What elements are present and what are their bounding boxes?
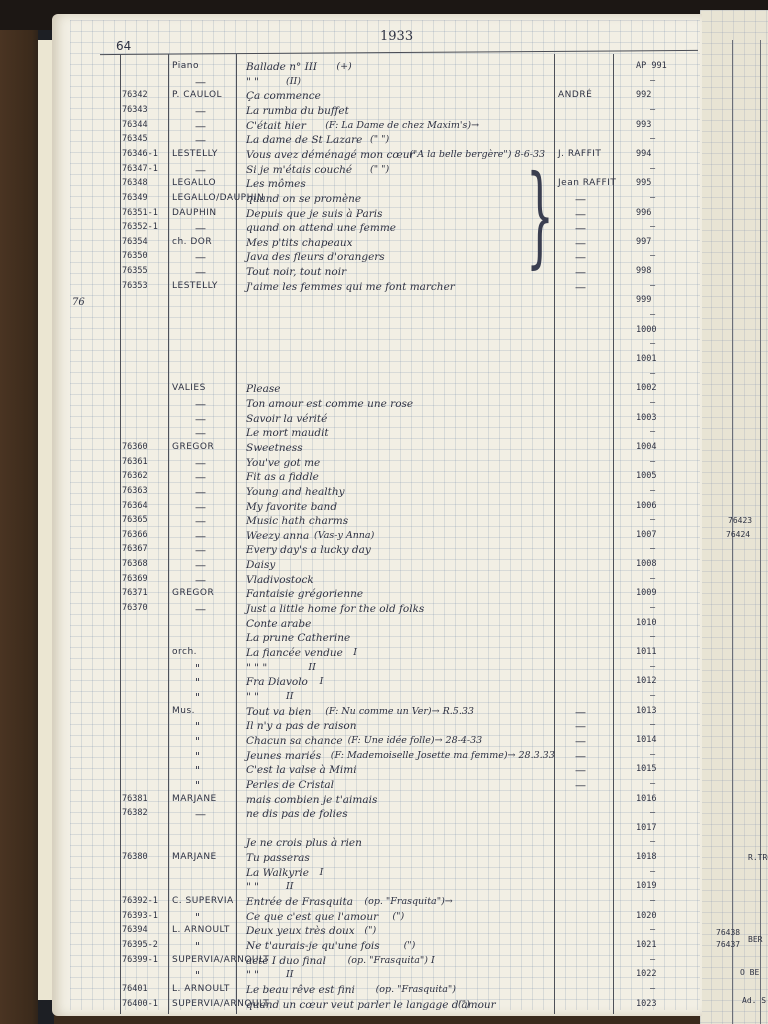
facing-page-entry: 76424 — [726, 530, 750, 539]
artist-name: " — [195, 751, 200, 762]
artist-name: LEGALLO — [172, 179, 216, 188]
annotation: (op. "Frasquita")→ — [364, 897, 452, 907]
song-title: Jeunes mariés — [246, 751, 321, 762]
song-title: You've got me — [246, 458, 320, 469]
song-title: Just a little home for the old folks — [246, 604, 424, 615]
song-title: Vladivostock — [246, 575, 314, 586]
catalogue-reference: – — [650, 604, 655, 613]
song-title: Fra Diavolo — [246, 677, 308, 688]
song-title: Tu passeras — [246, 853, 310, 864]
song-title: " " — [246, 77, 259, 88]
catalogue-reference: 1021 — [636, 941, 656, 950]
catalogue-reference: – — [650, 165, 655, 174]
artist-name: GREGOR — [172, 443, 214, 452]
artist-name: " — [195, 941, 200, 952]
artist-name: " — [195, 765, 200, 776]
catalogue-reference: – — [650, 399, 655, 408]
catalogue-reference: 998 — [636, 267, 651, 276]
catalogue-reference: – — [650, 663, 655, 672]
artist-name: — — [195, 560, 206, 571]
conductor-name: — — [575, 194, 586, 205]
conductor-name: — — [575, 721, 586, 732]
matrix-number: 76401 — [122, 985, 148, 994]
artist-name: — — [195, 77, 206, 88]
matrix-number: 76355 — [122, 267, 148, 276]
conductor-name: — — [575, 282, 586, 293]
matrix-number: 76365 — [122, 516, 148, 525]
artist-name: — — [195, 121, 206, 132]
artist-name: GREGOR — [172, 589, 214, 598]
catalogue-reference: 994 — [636, 150, 651, 159]
song-title: " " — [246, 882, 259, 893]
catalogue-reference: 1008 — [636, 560, 656, 569]
artist-name: VALIES — [172, 384, 206, 393]
artist-name: L. ARNOULT — [172, 926, 230, 935]
song-title: Entrée de Frasquita — [246, 897, 353, 908]
catalogue-reference: 1014 — [636, 736, 656, 745]
annotation: (Vas-y Anna) — [314, 531, 374, 541]
catalogue-reference: – — [650, 751, 655, 760]
catalogue-reference: 1013 — [636, 707, 656, 716]
annotation: (op. "Frasquita") I — [348, 956, 435, 966]
artist-name: — — [195, 252, 206, 263]
song-title: " " — [246, 970, 259, 981]
matrix-number: 76364 — [122, 502, 148, 511]
annotation: (" ") — [370, 165, 389, 175]
artist-name: MARJANE — [172, 853, 217, 862]
catalogue-reference: – — [650, 575, 655, 584]
song-title: Depuis que je suis à Paris — [246, 209, 383, 220]
annotation: (") — [404, 941, 416, 951]
song-title: quand on attend une femme — [246, 223, 396, 234]
catalogue-reference: 1011 — [636, 648, 656, 657]
matrix-number: 76363 — [122, 487, 148, 496]
matrix-number: 76392-1 — [122, 897, 158, 906]
catalogue-reference: – — [650, 956, 655, 965]
year-heading: 1933 — [380, 30, 413, 43]
annotation: (F: La Dame de chez Maxim's)→ — [325, 121, 479, 131]
artist-name: LESTELLY — [172, 282, 218, 291]
artist-name: — — [195, 223, 206, 234]
catalogue-reference: – — [650, 721, 655, 730]
song-title: ne dis pas de folies — [246, 809, 348, 820]
catalogue-reference: 1001 — [636, 355, 656, 364]
artist-name: Piano — [172, 62, 199, 71]
song-title: Il n'y a pas de raison — [246, 721, 356, 732]
catalogue-reference: 1000 — [636, 326, 656, 335]
catalogue-reference: 1010 — [636, 619, 656, 628]
conductor-name: — — [575, 252, 586, 263]
song-title: Weezy anna — [246, 531, 309, 542]
catalogue-reference: – — [650, 516, 655, 525]
song-title: Young and healthy — [246, 487, 345, 498]
song-title: Music hath charms — [246, 516, 348, 527]
catalogue-reference: – — [650, 780, 655, 789]
catalogue-reference: – — [650, 985, 655, 994]
catalogue-reference: – — [650, 77, 655, 86]
song-title: C'est la valse à Mimi — [246, 765, 357, 776]
catalogue-reference: – — [650, 282, 655, 291]
catalogue-reference: – — [650, 340, 655, 349]
column-rule-artist — [168, 54, 169, 1014]
matrix-number: 76346-1 — [122, 150, 158, 159]
artist-name: — — [195, 472, 206, 483]
conductor-name: ANDRÉ — [558, 91, 592, 100]
catalogue-reference: – — [650, 458, 655, 467]
annotation: (F: Nu comme un Ver)→ R.5.33 — [325, 707, 474, 717]
artist-name: — — [195, 502, 206, 513]
conductor-name: — — [575, 736, 586, 747]
song-title: " " — [246, 692, 259, 703]
catalogue-reference: 1015 — [636, 765, 656, 774]
artist-name: — — [195, 135, 206, 146]
song-title: Fantaisie grégorienne — [246, 589, 363, 600]
annotation: (op. "Frasquita") — [376, 985, 456, 995]
matrix-number: 76366 — [122, 531, 148, 540]
catalogue-reference: – — [650, 106, 655, 115]
artist-name: orch. — [172, 648, 197, 657]
page-number: 64 — [116, 40, 131, 52]
artist-name: — — [195, 545, 206, 556]
artist-name: " — [195, 912, 200, 923]
artist-name: — — [195, 604, 206, 615]
song-title: Si je m'étais couché — [246, 165, 352, 176]
annotation: (") — [392, 912, 404, 922]
annotation: I — [353, 648, 357, 658]
annotation: I — [320, 677, 324, 687]
artist-name: DAUPHIN — [172, 209, 217, 218]
annotation: (") — [364, 926, 376, 936]
song-title: quand on se promène — [246, 194, 361, 205]
matrix-number: 76371 — [122, 589, 148, 598]
song-title: Tout noir, tout noir — [246, 267, 346, 278]
song-title: C'était hier — [246, 121, 306, 132]
artist-name: — — [195, 516, 206, 527]
matrix-number: 76352-1 — [122, 223, 158, 232]
song-title: My favorite band — [246, 502, 337, 513]
song-title: Ça commence — [246, 91, 321, 102]
song-title: La dame de St Lazare — [246, 135, 362, 146]
matrix-number: 76361 — [122, 458, 148, 467]
song-title: Daisy — [246, 560, 275, 571]
song-title: Every day's a lucky day — [246, 545, 371, 556]
matrix-number: 76350 — [122, 252, 148, 261]
annotation: (F: Une idée folle)→ 28-4-33 — [348, 736, 483, 746]
matrix-number: 76351-1 — [122, 209, 158, 218]
artist-name: " — [195, 663, 200, 674]
song-title: Chacun sa chance — [246, 736, 343, 747]
matrix-number: 76353 — [122, 282, 148, 291]
catalogue-reference: – — [650, 252, 655, 261]
song-title: Ne t'aurais-je qu'une fois — [246, 941, 380, 952]
facing-page-entry: 76438 — [716, 928, 740, 937]
matrix-number: 76399-1 — [122, 956, 158, 965]
song-title: La Walkyrie — [246, 868, 309, 879]
catalogue-reference: – — [650, 311, 655, 320]
conductor-name: — — [575, 751, 586, 762]
artist-name: ch. DOR — [172, 238, 212, 247]
catalogue-reference: 1002 — [636, 384, 656, 393]
facing-page-entry: 76437 — [716, 940, 740, 949]
catalogue-reference: 1003 — [636, 414, 656, 423]
conductor-name: Jean RAFFIT — [558, 179, 616, 188]
matrix-number: 76400-1 — [122, 1000, 158, 1009]
annotation: ("A la belle bergère") 8-6-33 — [409, 150, 545, 160]
catalogue-reference: 1022 — [636, 970, 656, 979]
catalogue-reference: – — [650, 194, 655, 203]
catalogue-reference: – — [650, 135, 655, 144]
matrix-number: 76343 — [122, 106, 148, 115]
matrix-number: 76367 — [122, 545, 148, 554]
annotation: (") — [458, 1000, 470, 1010]
facing-page-entry: R.TRO — [748, 853, 768, 862]
margin-mark: 76 — [72, 298, 85, 308]
matrix-number: 76394 — [122, 926, 148, 935]
catalogue-reference: – — [650, 868, 655, 877]
song-title: acte I duo final — [246, 956, 326, 967]
song-title: Savoir la vérité — [246, 414, 327, 425]
catalogue-reference: – — [650, 545, 655, 554]
artist-name: LESTELLY — [172, 150, 218, 159]
catalogue-reference: 999 — [636, 296, 651, 305]
facing-page-entry: BER — [748, 935, 762, 944]
catalogue-reference: – — [650, 633, 655, 642]
song-title: Conte arabe — [246, 619, 311, 630]
conductor-name: — — [575, 780, 586, 791]
annotation: II — [286, 882, 294, 892]
matrix-number: 76370 — [122, 604, 148, 613]
artist-name: — — [195, 399, 206, 410]
matrix-number: 76381 — [122, 795, 148, 804]
column-rule-conductor — [554, 54, 555, 1014]
catalogue-reference: – — [650, 809, 655, 818]
catalogue-reference: 1016 — [636, 795, 656, 804]
matrix-number: 76360 — [122, 443, 148, 452]
song-title: Je ne crois plus à rien — [246, 838, 362, 849]
artist-name: — — [195, 165, 206, 176]
song-title: J'aime les femmes qui me font marcher — [246, 282, 455, 293]
song-title: Ton amour est comme une rose — [246, 399, 413, 410]
song-title: Deux yeux très doux — [246, 926, 355, 937]
matrix-number: 76349 — [122, 194, 148, 203]
catalogue-reference: – — [650, 428, 655, 437]
matrix-number: 76395-2 — [122, 941, 158, 950]
matrix-number: 76382 — [122, 809, 148, 818]
catalogue-reference: 1005 — [636, 472, 656, 481]
song-title: La prune Catherine — [246, 633, 350, 644]
conductor-name: — — [575, 223, 586, 234]
song-title: Ce que c'est que l'amour — [246, 912, 378, 923]
column-rule-matrix — [120, 54, 121, 1014]
annotation: II — [286, 970, 294, 980]
annotation: (F: Mademoiselle Josette ma femme)→ 28.3… — [331, 751, 555, 761]
matrix-number: 76393-1 — [122, 912, 158, 921]
facing-page-entry: Ad. S — [742, 996, 766, 1005]
conductor-name: — — [575, 267, 586, 278]
annotation: II — [286, 692, 294, 702]
artist-name: " — [195, 721, 200, 732]
artist-name: " — [195, 970, 200, 981]
song-title: Java des fleurs d'orangers — [246, 252, 385, 263]
facing-page-entry: 76423 — [728, 516, 752, 525]
artist-name: " — [195, 736, 200, 747]
matrix-number: 76348 — [122, 179, 148, 188]
catalogue-reference: 1012 — [636, 677, 656, 686]
song-title: Please — [246, 384, 281, 395]
conductor-name: — — [575, 209, 586, 220]
catalogue-reference: 997 — [636, 238, 651, 247]
annotation: II — [308, 663, 316, 673]
matrix-number: 76368 — [122, 560, 148, 569]
annotation: I — [320, 868, 324, 878]
song-title: Sweetness — [246, 443, 303, 454]
artist-name: — — [195, 267, 206, 278]
catalogue-reference: – — [650, 897, 655, 906]
song-title: " " " — [246, 663, 267, 674]
conductor-name: — — [575, 238, 586, 249]
matrix-number: 76344 — [122, 121, 148, 130]
artist-name: " — [195, 780, 200, 791]
song-title: Les mômes — [246, 179, 306, 190]
catalogue-reference: 993 — [636, 121, 651, 130]
artist-name: — — [195, 531, 206, 542]
song-title: Le beau rêve est fini — [246, 985, 355, 996]
artist-name: " — [195, 677, 200, 688]
conductor-name: J. RAFFIT — [558, 150, 601, 159]
song-title: Ballade n° III — [246, 62, 317, 73]
catalogue-reference: 1004 — [636, 443, 656, 452]
catalogue-reference: 1009 — [636, 589, 656, 598]
catalogue-reference: 1017 — [636, 824, 656, 833]
catalogue-reference: 995 — [636, 179, 651, 188]
catalogue-reference: 1006 — [636, 502, 656, 511]
catalogue-reference: 1019 — [636, 882, 656, 891]
catalogue-reference: AP 991 — [636, 62, 667, 71]
artist-name: L. ARNOULT — [172, 985, 230, 994]
catalogue-reference: 1018 — [636, 853, 656, 862]
catalogue-reference: – — [650, 370, 655, 379]
catalogue-reference: 1007 — [636, 531, 656, 540]
artist-name: — — [195, 575, 206, 586]
song-title: La rumba du buffet — [246, 106, 349, 117]
song-title: Tout va bien — [246, 707, 311, 718]
song-title: mais combien je t'aimais — [246, 795, 377, 806]
song-title: La fiancée vendue — [246, 648, 343, 659]
artist-name: — — [195, 487, 206, 498]
artist-name: MARJANE — [172, 795, 217, 804]
grouping-brace: } — [526, 160, 554, 270]
catalogue-reference: 996 — [636, 209, 651, 218]
conductor-name: — — [575, 707, 586, 718]
annotation: (+) — [336, 62, 351, 72]
catalogue-reference: – — [650, 223, 655, 232]
facing-page-entry: O BE — [740, 968, 759, 977]
catalogue-reference: – — [650, 838, 655, 847]
matrix-number: 76345 — [122, 135, 148, 144]
catalogue-reference: – — [650, 692, 655, 701]
catalogue-reference: – — [650, 926, 655, 935]
artist-name: " — [195, 692, 200, 703]
matrix-number: 76369 — [122, 575, 148, 584]
artist-name: C. SUPERVIA — [172, 897, 234, 906]
song-title: Le mort maudit — [246, 428, 329, 439]
catalogue-reference: 1020 — [636, 912, 656, 921]
matrix-number: 76347-1 — [122, 165, 158, 174]
annotation: (II) — [286, 77, 301, 87]
song-title: Perles de Cristal — [246, 780, 334, 791]
matrix-number: 76380 — [122, 853, 148, 862]
catalogue-reference: 1023 — [636, 1000, 656, 1009]
song-title: Vous avez déménagé mon cœur — [246, 150, 415, 161]
catalogue-reference: 992 — [636, 91, 651, 100]
song-title: Mes p'tits chapeaux — [246, 238, 353, 249]
artist-name: — — [195, 809, 206, 820]
annotation: (" ") — [370, 135, 389, 145]
catalogue-reference: – — [650, 487, 655, 496]
matrix-number: 76342 — [122, 91, 148, 100]
conductor-name: — — [575, 765, 586, 776]
facing-page-rule — [760, 40, 761, 1024]
column-rule-ref — [613, 54, 614, 1014]
artist-name: — — [195, 458, 206, 469]
artist-name: P. CAULOL — [172, 91, 222, 100]
matrix-number: 76354 — [122, 238, 148, 247]
matrix-number: 76362 — [122, 472, 148, 481]
artist-name: Mus. — [172, 707, 195, 716]
artist-name: — — [195, 106, 206, 117]
song-title: Fit as a fiddle — [246, 472, 319, 483]
artist-name: — — [195, 414, 206, 425]
artist-name: — — [195, 428, 206, 439]
